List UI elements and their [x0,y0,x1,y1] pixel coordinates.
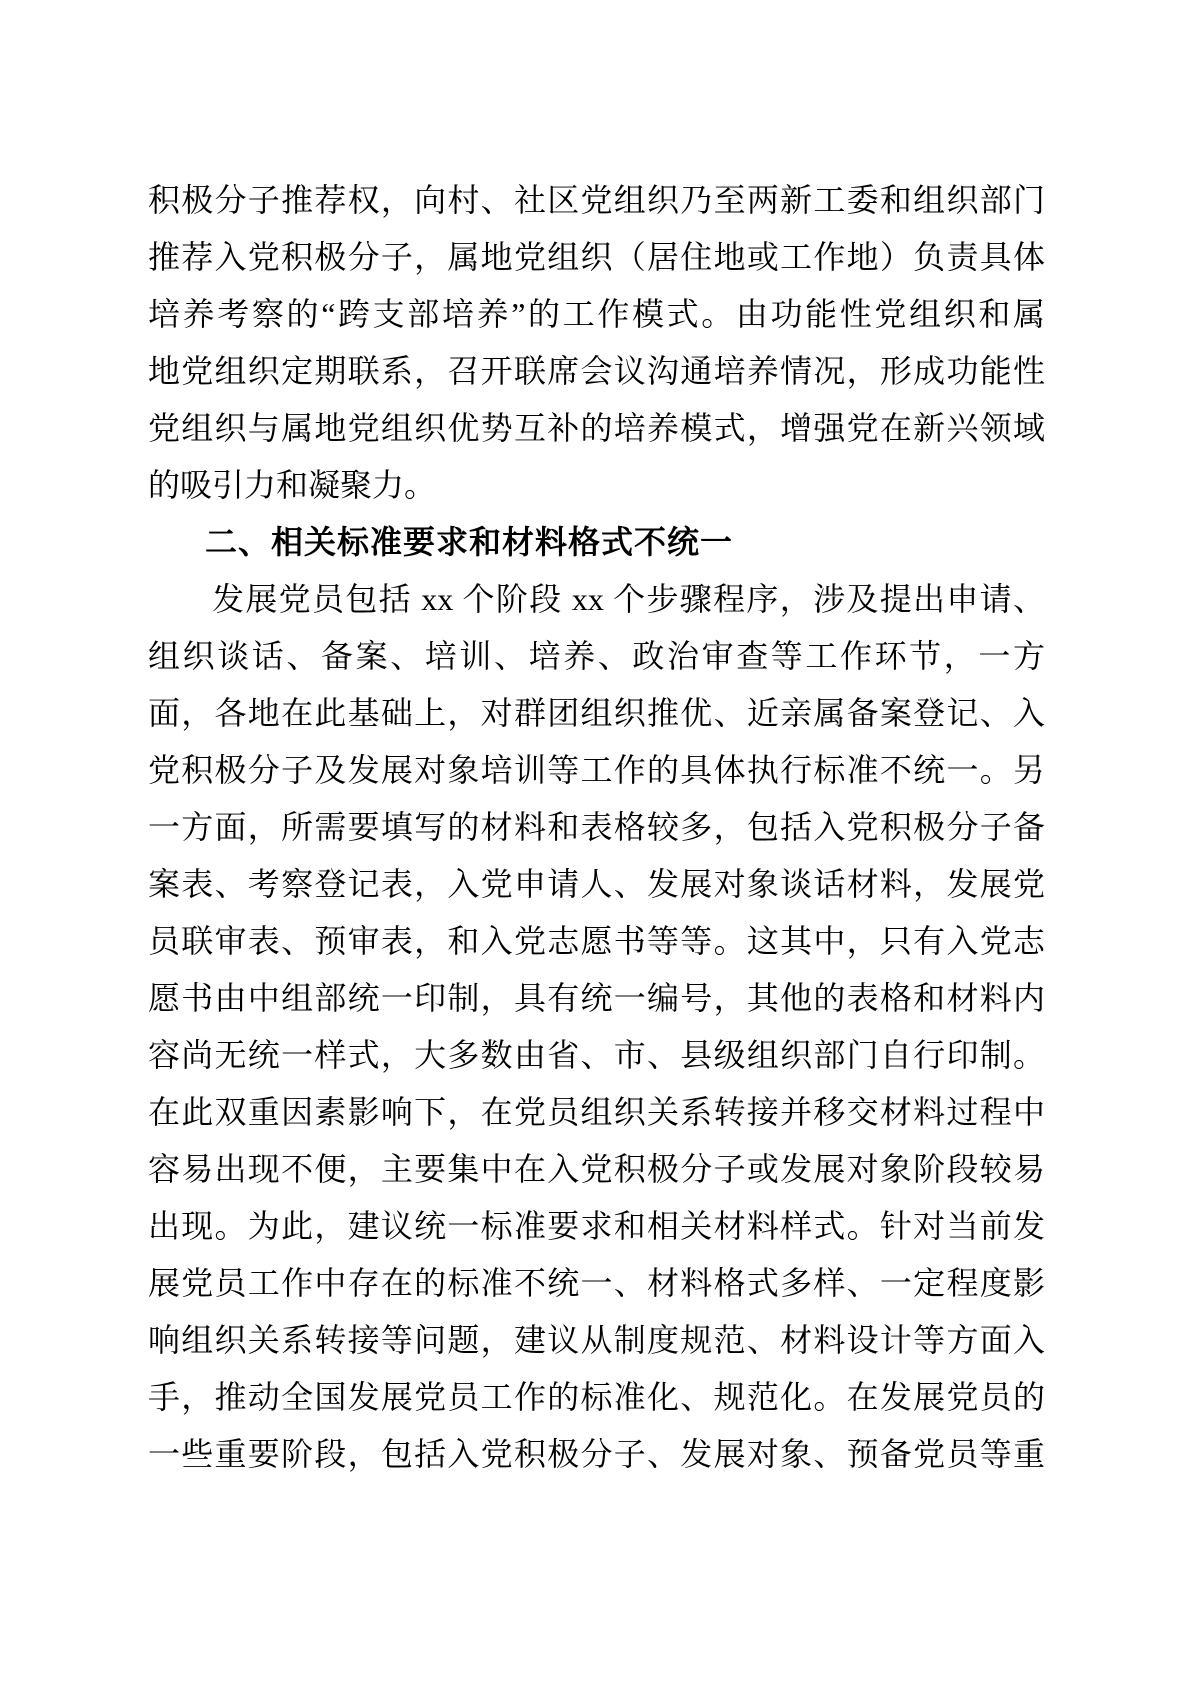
paragraph-line: 面，各地在此基础上，对群团组织推优、近亲属备案登记、入 [148,685,1045,742]
paragraph-line: 员联审表、预审表，和入党志愿书等等。这其中，只有入党志 [148,913,1045,970]
paragraph-line: 积极分子推荐权，向村、社区党组织乃至两新工委和组织部门 [148,172,1045,229]
paragraph-line: 手，推动全国发展党员工作的标准化、规范化。在发展党员的 [148,1369,1045,1426]
paragraph-line: 地党组织定期联系，召开联席会议沟通培养情况，形成功能性 [148,343,1045,400]
paragraph-line: 党积极分子及发展对象培训等工作的具体执行标准不统一。另 [148,742,1045,799]
paragraph-line: 一方面，所需要填写的材料和表格较多，包括入党积极分子备 [148,799,1045,856]
paragraph-line: 出现。为此，建议统一标准要求和相关材料样式。针对当前发 [148,1198,1045,1255]
paragraph-line: 案表、考察登记表，入党申请人、发展对象谈话材料，发展党 [148,856,1045,913]
paragraph-line: 响组织关系转接等问题，建议从制度规范、材料设计等方面入 [148,1312,1045,1369]
section-heading: 二、相关标准要求和材料格式不统一 [148,514,1045,571]
paragraph-line: 愿书由中组部统一印制，具有统一编号，其他的表格和材料内 [148,970,1045,1027]
paragraph-line: 容易出现不便，主要集中在入党积极分子或发展对象阶段较易 [148,1141,1045,1198]
paragraph-line: 的吸引力和凝聚力。 [148,457,1045,514]
paragraph-line: 展党员工作中存在的标准不统一、材料格式多样、一定程度影 [148,1255,1045,1312]
paragraph-line: 发展党员包括 xx 个阶段 xx 个步骤程序，涉及提出申请、 [148,571,1045,628]
paragraph-line: 组织谈话、备案、培训、培养、政治审查等工作环节，一方 [148,628,1045,685]
document-page: 积极分子推荐权，向村、社区党组织乃至两新工委和组织部门 推荐入党积极分子，属地党… [0,0,1190,1683]
paragraph-line: 党组织与属地党组织优势互补的培养模式，增强党在新兴领域 [148,400,1045,457]
paragraph-line: 推荐入党积极分子，属地党组织（居住地或工作地）负责具体 [148,229,1045,286]
paragraph-line: 容尚无统一样式，大多数由省、市、县级组织部门自行印制。 [148,1027,1045,1084]
paragraph-line: 培养考察的“跨支部培养”的工作模式。由功能性党组织和属 [148,286,1045,343]
paragraph-line: 在此双重因素影响下，在党员组织关系转接并移交材料过程中 [148,1084,1045,1141]
paragraph-line: 一些重要阶段，包括入党积极分子、发展对象、预备党员等重 [148,1426,1045,1483]
